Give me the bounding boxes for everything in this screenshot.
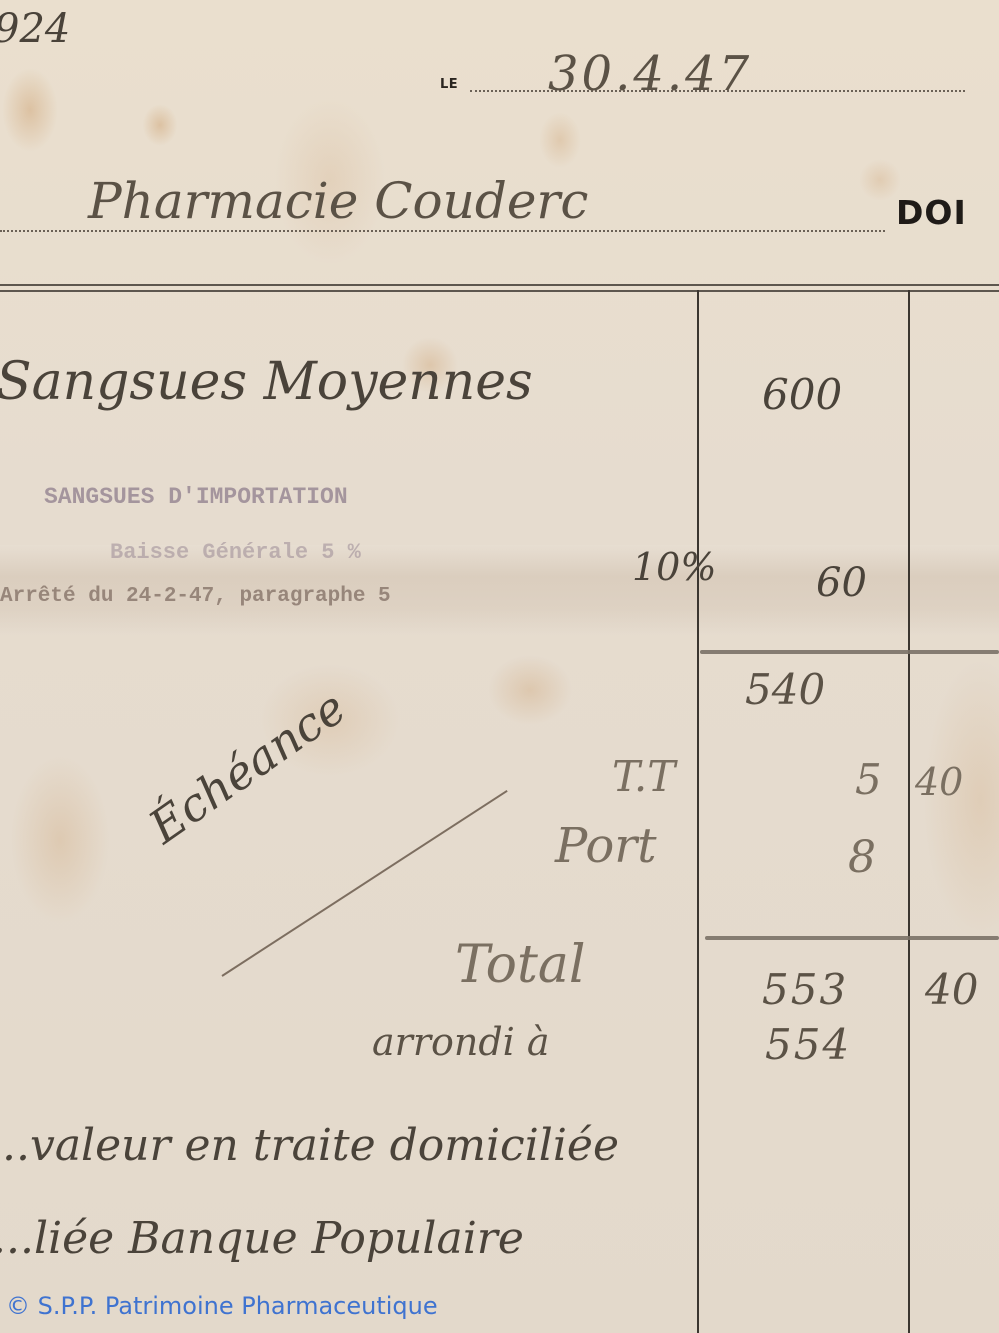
item-description: Sangsues Moyennes <box>0 352 533 412</box>
stamp-line-3: Arrêté du 24-2-47, paragraphe 5 <box>0 585 391 608</box>
discount-rate: 10% <box>632 545 716 589</box>
copyright-watermark: © S.P.P. Patrimoine Pharmaceutique <box>6 1292 438 1320</box>
table-top-rule <box>0 284 999 286</box>
stamp-line-1: SANGSUES D'IMPORTATION <box>44 484 348 510</box>
column-divider-2 <box>908 290 910 1333</box>
discount-amount: 60 <box>816 560 867 606</box>
doit-label: DOI <box>896 193 967 232</box>
stamp-line-2: Baisse Générale 5 % <box>110 540 361 565</box>
subtotal-amount: 540 <box>745 665 825 714</box>
tt-label: T.T <box>612 752 675 801</box>
rounded-amount: 554 <box>765 1020 851 1069</box>
tt-amount: 5 <box>855 755 882 804</box>
date-label: LE <box>440 77 458 92</box>
customer-dotted-line <box>0 230 885 232</box>
footer-line-2: ...liée Banque Populaire <box>0 1213 524 1264</box>
port-amount: 8 <box>848 832 876 883</box>
port-label: Port <box>555 818 656 874</box>
date-value: 30.4.47 <box>548 46 752 102</box>
column-divider-1 <box>697 290 699 1333</box>
table-top-rule-2 <box>0 290 999 292</box>
total-label: Total <box>455 935 585 995</box>
total-rule <box>705 936 999 940</box>
rounded-label: arrondi à <box>372 1020 550 1064</box>
total-cents: 40 <box>925 965 978 1014</box>
footer-line-1: ...valeur en traite domiciliée <box>0 1120 619 1171</box>
total-amount: 553 <box>762 965 848 1014</box>
year-fragment: 924 <box>0 6 70 52</box>
tt-cents: 40 <box>915 760 963 804</box>
item-amount: 600 <box>762 370 842 419</box>
subtotal-rule <box>700 650 999 654</box>
customer-name: Pharmacie Couderc <box>88 172 588 230</box>
